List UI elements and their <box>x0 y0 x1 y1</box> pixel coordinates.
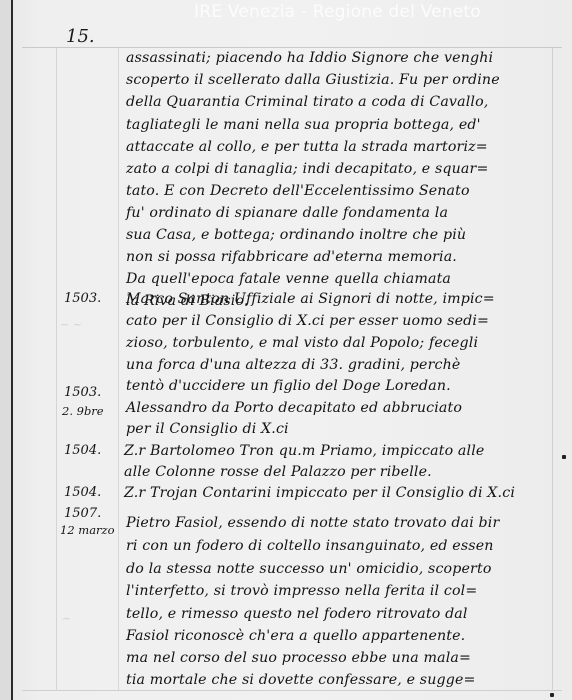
ink-speck <box>550 693 554 697</box>
text-line: Marco Santon Uffiziale ai Signori di not… <box>126 291 495 307</box>
text-line: ma nel corso del suo processo ebbe una m… <box>126 650 471 666</box>
text-line: Da quell'epoca fatale venne quella chiam… <box>126 271 451 287</box>
text-line: tello, e rimesso questo nel fodero ritro… <box>126 606 468 622</box>
text-line: fu' ordinato di spianare dalle fondament… <box>126 205 448 221</box>
binding-shadow <box>0 0 11 700</box>
binding-edge-line <box>11 0 13 700</box>
entry-year: 1503. <box>64 291 101 306</box>
text-line: assassinati; piacendo ha Iddio Signore c… <box>126 50 493 66</box>
text-line: Alessandro da Porto decapitato ed abbruc… <box>126 400 462 416</box>
entry-year: 1504. <box>64 443 101 458</box>
text-line: sua Casa, e bottega; ordinando inoltre c… <box>126 227 466 243</box>
text-line: tia mortale che si dovette confessare, e… <box>126 672 476 688</box>
text-line: Z.r Trojan Contarini impiccato per il Co… <box>124 485 515 501</box>
text-line: do la stessa notte successo un' omicidio… <box>126 561 492 577</box>
left-margin-rule <box>56 48 57 690</box>
text-line: per il Consiglio di X.ci <box>126 421 289 437</box>
entry-year: 1504. <box>64 485 101 500</box>
text-line: attaccate al collo, e per tutta la strad… <box>126 139 488 155</box>
bleed-through-text: ~ ~ <box>60 318 82 331</box>
text-line: ri con un fodero di coltello insanguinat… <box>126 538 494 554</box>
text-margin-rule <box>118 48 119 690</box>
text-line: Pietro Fasiol, essendo di notte stato tr… <box>126 515 499 531</box>
text-line: Fasiol riconoscè ch'era a quello apparte… <box>126 628 465 644</box>
text-line: alle Colonne rosse del Palazzo per ribel… <box>124 464 432 480</box>
entry-date-note: 2. 9bre <box>62 404 104 418</box>
entry-date-note: 12 marzo <box>60 523 115 537</box>
text-line: tato. E con Decreto dell'Eccelentissimo … <box>126 183 470 199</box>
text-line: scoperto il scellerato dalla Giustizia. … <box>126 72 500 88</box>
text-line: zioso, torbulento, e mal visto dal Popol… <box>126 335 478 351</box>
entry-year: 1507. <box>64 506 101 521</box>
text-line: tentò d'uccidere un figlio del Doge Lore… <box>126 378 451 394</box>
text-line: cato per il Consiglio di X.ci per esser … <box>126 313 489 329</box>
entry-year: 1503. <box>64 385 101 400</box>
bottom-ruled-line <box>22 690 562 691</box>
text-line: tagliategli le mani nella sua propria bo… <box>126 117 481 133</box>
text-line: non si possa rifabbricare ad'eterna memo… <box>126 249 457 265</box>
text-line: della Quarantia Criminal tirato a coda d… <box>126 94 488 110</box>
top-ruled-line <box>22 47 562 48</box>
text-line: una forca d'una altezza di 33. gradini, … <box>126 357 460 373</box>
ink-speck <box>562 455 566 459</box>
manuscript-page: ~ ~ ~ IRE Venezia - Regione del Veneto 1… <box>0 0 572 700</box>
page-number: 15. <box>66 26 95 47</box>
text-line: Z.r Bartolomeo Tron qu.m Priamo, impicca… <box>124 443 484 459</box>
right-margin-rule <box>552 48 553 690</box>
bleed-through-text: ~ <box>62 612 71 625</box>
watermark: IRE Venezia - Regione del Veneto <box>194 2 481 22</box>
text-line: zato a colpi di tanaglia; indi decapitat… <box>126 161 489 177</box>
text-line: l'interfetto, si trovò impresso nella fe… <box>126 583 477 599</box>
